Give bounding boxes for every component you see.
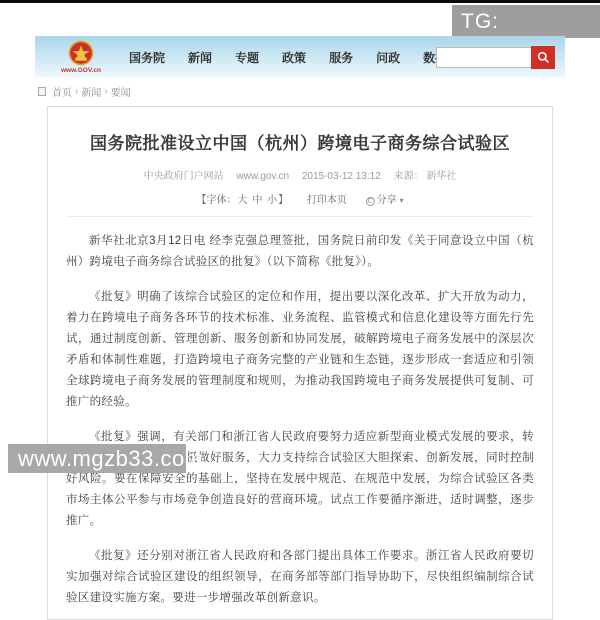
font-label-close: 】: [278, 195, 288, 206]
nav-item-news[interactable]: 新闻: [188, 49, 212, 66]
gov-site-page: www.GOV.cn 国务院 新闻 专题 政策 服务 问政 数据 国情 首页 ›…: [35, 36, 565, 480]
top-black-bar: [0, 0, 600, 3]
article-paragraph: 新华社北京3月12日电 经李克强总理签批，国务院日前印发《关于同意设立中国（杭州…: [66, 231, 534, 273]
font-size-control: 【字体：大 中 小】: [197, 195, 289, 206]
chevron-down-icon: ▾: [399, 196, 403, 205]
nav-item-state-council[interactable]: 国务院: [129, 49, 165, 66]
font-size-small-button[interactable]: 小: [267, 195, 277, 206]
article-body: 新华社北京3月12日电 经李克强总理签批，国务院日前印发《关于同意设立中国（杭州…: [66, 231, 534, 480]
share-icon: C: [366, 197, 375, 206]
article-card: 国务院批准设立中国（杭州）跨境电子商务综合试验区 中央政府门户网站 www.go…: [47, 106, 553, 480]
share-button[interactable]: C分享 ▾: [366, 195, 404, 206]
article-title: 国务院批准设立中国（杭州）跨境电子商务综合试验区: [66, 129, 534, 154]
search-input[interactable]: [436, 47, 532, 68]
meta-source: 来源： 新华社: [394, 171, 457, 182]
site-header: www.GOV.cn 国务院 新闻 专题 政策 服务 问政 数据 国情: [35, 36, 565, 78]
article-paragraph: 《批复》明确了该综合试验区的定位和作用，提出要以深化改革、扩大开放为动力，着力在…: [66, 287, 534, 413]
breadcrumb-separator: ›: [75, 86, 78, 97]
meta-datetime: 2015-03-12 13:12: [302, 171, 381, 182]
article-controls: 【字体：大 中 小】 打印本页 C分享 ▾: [66, 191, 534, 206]
breadcrumb-home[interactable]: 首页: [52, 84, 72, 99]
breadcrumb-news[interactable]: 新闻: [81, 84, 101, 99]
nav-item-topics[interactable]: 专题: [235, 49, 259, 66]
search-button[interactable]: [531, 46, 555, 69]
meta-site-name: 中央政府门户网站: [144, 171, 224, 182]
search-icon: [537, 51, 550, 64]
print-page-button[interactable]: 打印本页: [307, 195, 347, 206]
font-size-medium-button[interactable]: 中: [252, 195, 262, 206]
breadcrumb: 首页 › 新闻 › 要闻: [35, 84, 565, 99]
article-divider: [66, 216, 534, 217]
article-meta: 中央政府门户网站 www.gov.cn 2015-03-12 13:12 来源：…: [66, 167, 534, 182]
share-label: 分享: [377, 195, 397, 206]
gov-logo[interactable]: www.GOV.cn: [55, 40, 107, 74]
nav-item-interaction[interactable]: 问政: [376, 49, 400, 66]
gov-logo-text: www.GOV.cn: [61, 67, 101, 74]
breadcrumb-headlines[interactable]: 要闻: [111, 84, 131, 99]
font-label: 【字体：: [197, 195, 237, 206]
national-emblem-icon: [68, 40, 94, 66]
page-icon: [38, 87, 46, 96]
font-size-large-button[interactable]: 大: [238, 195, 248, 206]
nav-item-services[interactable]: 服务: [329, 49, 353, 66]
nav-item-policy[interactable]: 政策: [282, 49, 306, 66]
breadcrumb-separator: ›: [104, 86, 107, 97]
search-bar: [436, 46, 555, 69]
meta-site-url[interactable]: www.gov.cn: [236, 171, 289, 182]
watermark-top-right: TG: MYYJJPP: [452, 5, 600, 38]
watermark-bottom-left: www.mgzb33.com: [8, 444, 186, 473]
